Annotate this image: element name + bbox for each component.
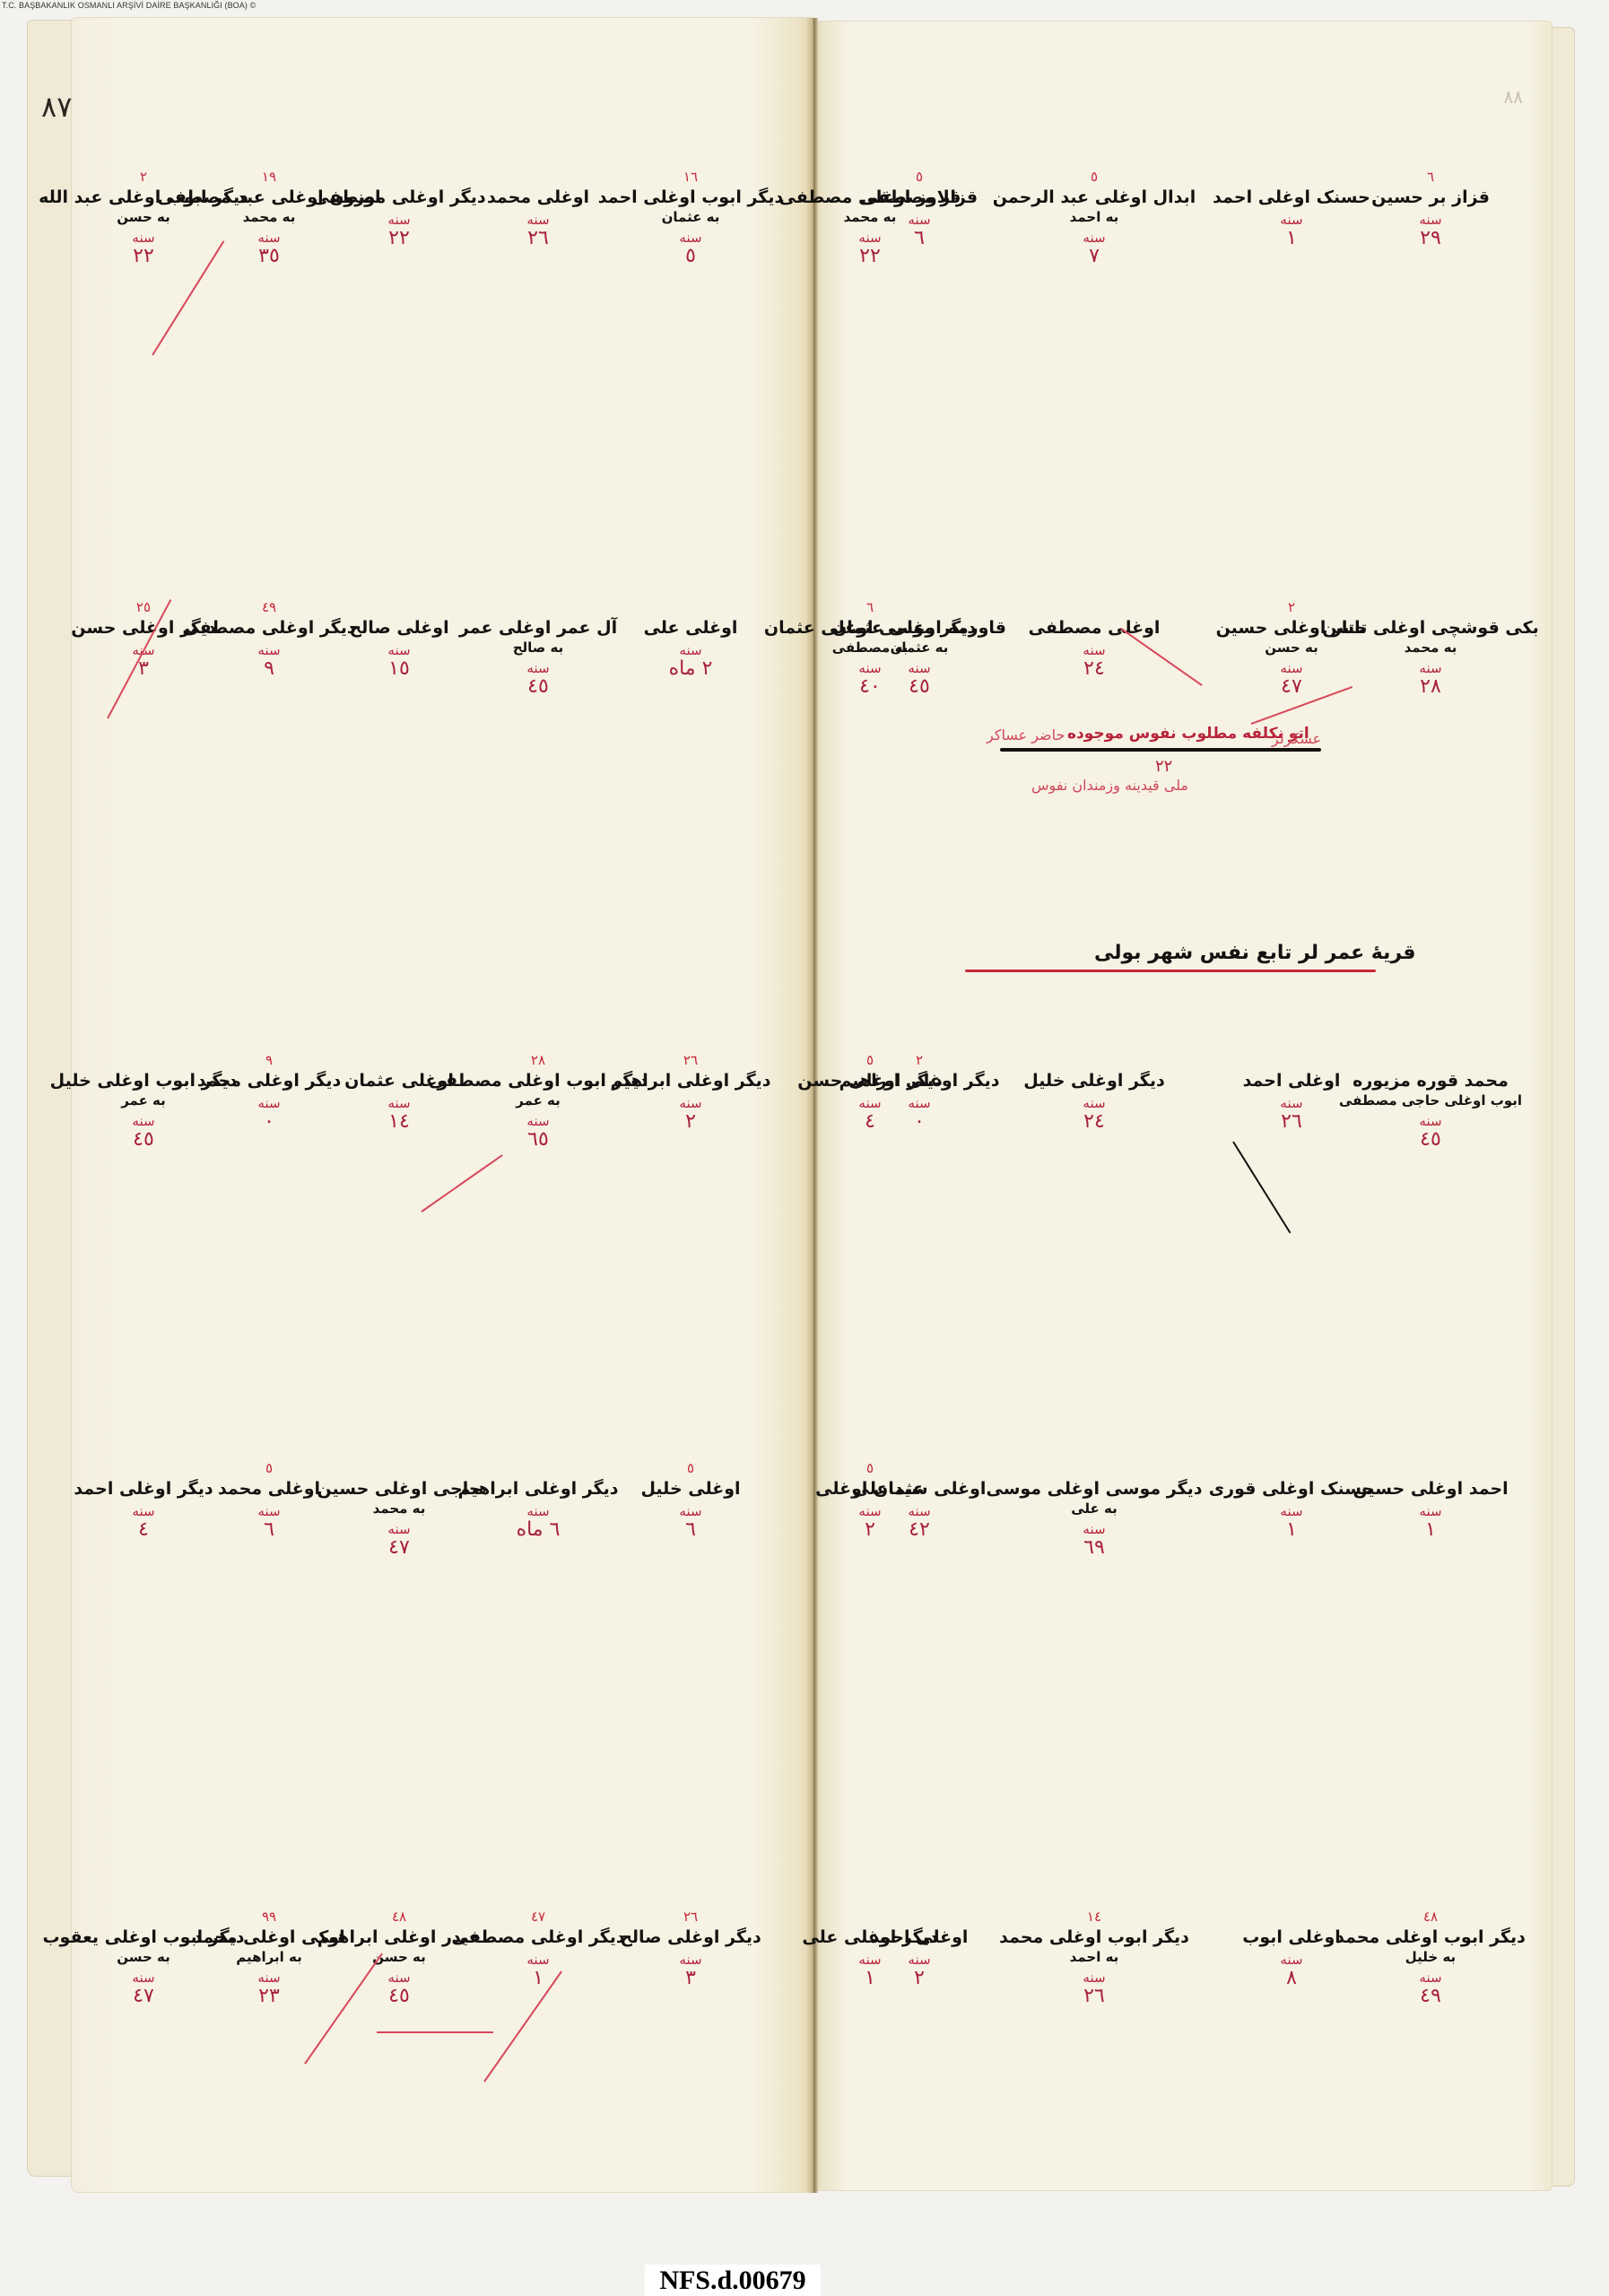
age-value: ٨ (1242, 1968, 1341, 1989)
age-label: سنه (993, 230, 1196, 246)
register-entry: .محمد قوره مزیورهابوب اوغلی حاجی مصطفیسن… (1339, 1052, 1522, 1151)
annotation-mark: ١٦ (598, 169, 783, 185)
parent-name: ابوب اوغلی حاجی مصطفی (1339, 1091, 1522, 1109)
person-name: حاجی اوغلی حسین (317, 1478, 481, 1500)
age-label: سنه (349, 642, 448, 658)
age-label: سنه (802, 1952, 937, 1968)
person-name: دیگر اوغلی احمد (74, 1478, 213, 1500)
age-label: سنه (1371, 212, 1490, 228)
age-label: سنه (1029, 642, 1161, 658)
age-value: ٧ (993, 246, 1196, 267)
age-label: سنه (815, 1503, 925, 1519)
person-name: احمد اوغلی حسین (1352, 1478, 1508, 1500)
person-name: عثمان اوغلی (815, 1478, 925, 1500)
annotation-mark: ٥ (218, 1460, 320, 1476)
parent-name: به خلیل (1335, 1948, 1526, 1966)
age-label: سنه (1335, 1970, 1526, 1986)
summary-right-label: عسکرلر (1272, 730, 1321, 747)
age-value: ٤٠ (764, 676, 976, 698)
annotation-mark: ٢ (1216, 599, 1368, 615)
register-entry: .احمد اوغلی حسینسنه١ (1352, 1460, 1508, 1541)
age-label: سنه (1243, 1095, 1341, 1111)
parent-name: به احمد (993, 208, 1196, 226)
summary-note: ملی قیدینه وزمندان نفوس (1031, 777, 1188, 794)
annotation-mark: ٢٦ (620, 1909, 761, 1925)
person-name: اوغلی صالح (349, 617, 448, 639)
age-label: سنه (487, 212, 589, 228)
register-entry: ٦دیگر موسی اوغلی عثمانبه مصطفیسنه٤٠ (764, 599, 976, 698)
person-name: حسنک اوغلی احمد (1213, 187, 1370, 208)
register-entry: .اوغلی مصطفیسنه٢٤ (1029, 599, 1161, 680)
register-entry: .اوغلی علیسنه٢ ماه (644, 599, 738, 680)
annotation-mark: ٥ (797, 1052, 942, 1068)
register-entry: ١٦دیگر ابوب اوغلی احمدبه عثمانسنه٥ (598, 169, 783, 267)
age-value: ٢٩ (1371, 228, 1490, 249)
age-value: ٦ ماه (457, 1519, 618, 1541)
person-name: اوغلی احمد (1243, 1070, 1341, 1091)
age-value: ٤٧ (1216, 676, 1368, 698)
register-entry: .دیگر موسی اوغلی موسیبه علیسنه٦٩ (986, 1460, 1202, 1559)
call-number-label: NFS.d.00679 (645, 2265, 821, 2296)
age-label: سنه (764, 660, 976, 676)
age-value: ١ (1209, 1519, 1374, 1541)
annotation-mark: ٤٨ (1335, 1909, 1526, 1925)
age-value: ٦٥ (429, 1129, 648, 1151)
register-entry: .دیگر ابوب اوغلی خلیلبه عمرسنه٤٥ (50, 1052, 238, 1151)
register-entry: .اوغلی صالحسنه١٥ (349, 599, 448, 680)
person-name: دیگر ابوب اوغلی محمد (999, 1926, 1189, 1948)
person-name: اوغلی ابوب (1242, 1926, 1341, 1948)
parent-name: به عثمان (598, 208, 783, 226)
age-value: ٦ (218, 1519, 320, 1541)
register-entry: .آل عمر اوغلی عمربه صالحسنه٤٥ (459, 599, 617, 698)
age-label: سنه (459, 660, 617, 676)
register-entry: .حسنک اوغلی احمدسنه١ (1213, 169, 1370, 249)
register-entry: ٢٨دیگر ابوب اوغلی مصطفیبه عمرسنه٦٥ (429, 1052, 648, 1151)
person-name: قزاز بر حسین (1371, 187, 1490, 208)
age-label: سنه (986, 1521, 1202, 1537)
age-value: ١٤ (344, 1111, 454, 1133)
annotation-mark: ٢٨ (429, 1052, 648, 1068)
register-entry: .دیگر اوغلی خلیلسنه٢٤ (1023, 1052, 1164, 1133)
age-value: ١ (1213, 228, 1370, 249)
age-value: ٦٩ (986, 1537, 1202, 1559)
register-entry: ٤٨دیگر ابوب اوغلی محمدبه خلیلسنه٤٩ (1335, 1909, 1526, 2007)
register-entry: ٥اوغلی محمدسنه٦ (218, 1460, 320, 1541)
age-label: سنه (1339, 1113, 1522, 1129)
summary-rule (1000, 748, 1321, 752)
annotation-mark: ٥ (993, 169, 1196, 185)
age-label: سنه (778, 230, 961, 246)
person-name: آل عمر اوغلی عمر (459, 617, 617, 639)
person-name: دیگر ابوب اوغلی خلیل (50, 1070, 238, 1091)
age-value: ٢٦ (487, 228, 589, 249)
person-name: قلاوز اوغلی مصطفی (778, 187, 961, 208)
age-label: سنه (1352, 1503, 1508, 1519)
parent-name: به حسن (39, 208, 248, 226)
age-value: ٢٤ (1029, 658, 1161, 680)
age-value: ٢٦ (1243, 1111, 1341, 1133)
person-name: دیگر اوغلی حسن (797, 1070, 942, 1091)
folio-number-left: ٨٧ (41, 90, 72, 124)
person-name: دیگر موسی اوغلی عثمان (764, 617, 976, 639)
person-name: اوغلی محمد (487, 187, 589, 208)
parent-name: به صالح (459, 639, 617, 657)
age-label: سنه (1242, 1952, 1341, 1968)
person-name: اوغلی خلیل (640, 1478, 740, 1500)
register-entry: .قلاوز اوغلی مصطفیبه محمدسنه٢٢ (778, 169, 961, 267)
annotation-mark: ٥ (640, 1460, 740, 1476)
person-name: دیگر ابوب اوغلی عبد الله (39, 187, 248, 208)
person-name: دیگر اوغلی خلیل (1023, 1070, 1164, 1091)
age-value: ١٥ (349, 658, 448, 680)
register-entry: ٢٦دیگر اوغلی صالحسنه٣ (620, 1909, 761, 1989)
annotation-mark: ٢ (39, 169, 248, 185)
age-label: سنه (999, 1970, 1189, 1986)
register-entry: .دیگر ابوب اوغلی یعقوببه حسنسنه٤٧ (42, 1909, 244, 2007)
age-label: سنه (42, 1970, 244, 1986)
age-label: سنه (1216, 660, 1368, 676)
register-entry: ٥اوغلی خلیلسنه٦ (640, 1460, 740, 1541)
register-entry: .حاجی اوغلی حسینبه محمدسنه٤٧ (317, 1460, 481, 1559)
age-label: سنه (1213, 212, 1370, 228)
person-name: دیگر ابوب اوغلی محمد (1335, 1926, 1526, 1948)
age-value: ٤٩ (1335, 1986, 1526, 2007)
register-entry: .اوغلی عثمانسنه١٤ (344, 1052, 454, 1133)
age-value: ٣ (620, 1968, 761, 1989)
person-name: دیگر اوغلی علی (802, 1926, 937, 1948)
register-entry: .اوغلی احمدسنه٢٦ (1243, 1052, 1341, 1133)
person-name: دیگر موسی اوغلی موسی (986, 1478, 1202, 1500)
annotation-mark: ٦ (1371, 169, 1490, 185)
age-label: سنه (1209, 1503, 1374, 1519)
age-value: ١ (1352, 1519, 1508, 1541)
age-label: سنه (39, 230, 248, 246)
person-name: دیگر ابوب اوغلی یعقوب (42, 1926, 244, 1948)
age-value: ٤٥ (459, 676, 617, 698)
annotation-mark: ١٤ (999, 1909, 1189, 1925)
register-entry: .دیگر اوغلی علیسنه١ (802, 1909, 937, 1989)
person-name: دیگر اوغلی حسن (71, 617, 215, 639)
age-value: ١ (802, 1968, 937, 1989)
annotation-mark: ٦ (764, 599, 976, 615)
age-value: ٤٥ (1339, 1129, 1522, 1151)
age-value: ٤٧ (42, 1986, 244, 2007)
deletion-mark (377, 2031, 493, 2033)
person-name: اوغلی عثمان (344, 1070, 454, 1091)
age-label: سنه (640, 1503, 740, 1519)
register-entry: .دیگر اوغلی احمدسنه٤ (74, 1460, 213, 1541)
age-value: ٢٤ (1023, 1111, 1164, 1133)
age-label: سنه (1023, 1095, 1164, 1111)
age-label: سنه (74, 1503, 213, 1519)
person-name: ابدال اوغلی عبد الرحمن (993, 187, 1196, 208)
section-heading: قریهٔ عمر لر تابع نفس شهر بولی (1094, 942, 1415, 964)
register-entry: ١٤دیگر ابوب اوغلی محمدبه احمدسنه٢٦ (999, 1909, 1189, 2007)
parent-name: به حسن (1216, 639, 1368, 657)
archive-copyright: T.C. BAŞBAKANLIK OSMANLI ARŞİVİ DAİRE BA… (2, 1, 256, 10)
age-value: ٦ (640, 1519, 740, 1541)
age-value: ٤ (797, 1111, 942, 1133)
age-label: سنه (457, 1503, 618, 1519)
parent-name: به عمر (429, 1091, 648, 1109)
age-label: سنه (620, 1952, 761, 1968)
age-value: ٣ (71, 658, 215, 680)
person-name: دیگر ابوب اوغلی احمد (598, 187, 783, 208)
age-label: سنه (317, 1521, 481, 1537)
register-entry: ٦قزاز بر حسینسنه٢٩ (1371, 169, 1490, 249)
age-value: ٢٦ (999, 1986, 1189, 2007)
register-entry: ٢٥دیگر اوغلی حسنسنه٣ (71, 599, 215, 680)
parent-name: به محمد (317, 1500, 481, 1518)
age-label: سنه (50, 1113, 238, 1129)
person-name: اوغلی محمد (218, 1478, 320, 1500)
age-label: سنه (218, 1503, 320, 1519)
age-label: سنه (797, 1095, 942, 1111)
summary-total: ٢٢ (1155, 757, 1172, 776)
age-value: ٢ (815, 1519, 925, 1541)
summary-left-label: حاضر عساکر (987, 726, 1065, 744)
age-label: سنه (598, 230, 783, 246)
register-entry: .دیگر اوغلی ابراهیمسنه٦ ماه (457, 1460, 618, 1541)
register-entry: .اوغلی محمدسنه٢٦ (487, 169, 589, 249)
person-name: دیگر ابوب اوغلی مصطفی (429, 1070, 648, 1091)
parent-name: به عمر (50, 1091, 238, 1109)
section-heading-rule (965, 970, 1376, 972)
register-entry: .اوغلی ابوبسنه٨ (1242, 1909, 1341, 1989)
folio-number-right: ٨٨ (1504, 86, 1523, 108)
parent-name: به مصطفی (764, 639, 976, 657)
person-name: حسنک اوغلی قوری (1209, 1478, 1374, 1500)
age-label: سنه (344, 1095, 454, 1111)
age-value: ٤ (74, 1519, 213, 1541)
age-value: ٥ (598, 246, 783, 267)
annotation-mark: ٥ (815, 1460, 925, 1476)
person-name: محمد قوره مزیوره (1339, 1070, 1522, 1091)
age-value: ٤٥ (50, 1129, 238, 1151)
parent-name: به علی (986, 1500, 1202, 1518)
register-entry: ٥دیگر اوغلی حسنسنه٤ (797, 1052, 942, 1133)
register-entry: ٢تاتار اوغلی حسینبه حسنسنه٤٧ (1216, 599, 1368, 698)
register-entry: ٥عثمان اوغلیسنه٢ (815, 1460, 925, 1541)
person-name: تاتار اوغلی حسین (1216, 617, 1368, 639)
person-name: اوغلی مصطفی (1029, 617, 1161, 639)
person-name: دیگر اوغلی صالح (620, 1926, 761, 1948)
parent-name: به احمد (999, 1948, 1189, 1966)
age-value: ٢ ماه (644, 658, 738, 680)
parent-name: به محمد (778, 208, 961, 226)
age-value: ٢٢ (778, 246, 961, 267)
annotation-mark: ٢٥ (71, 599, 215, 615)
person-name: اوغلی علی (644, 617, 738, 639)
age-label: سنه (644, 642, 738, 658)
person-name: دیگر اوغلی ابراهیم (457, 1478, 618, 1500)
register-entry: .حسنک اوغلی قوریسنه١ (1209, 1460, 1374, 1541)
age-label: سنه (429, 1113, 648, 1129)
parent-name: به حسن (42, 1948, 244, 1966)
age-value: ٤٧ (317, 1537, 481, 1559)
register-entry: ٥ابدال اوغلی عبد الرحمنبه احمدسنه٧ (993, 169, 1196, 267)
